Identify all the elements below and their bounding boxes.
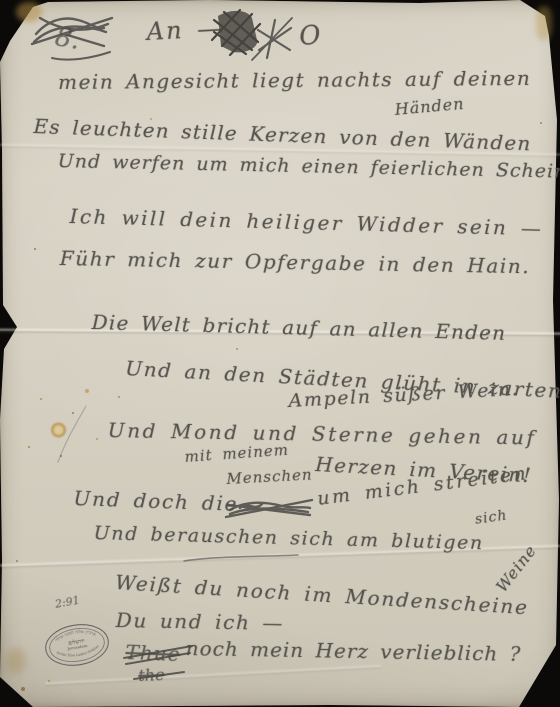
header-crossed-numeral: 8. <box>53 22 83 56</box>
crossed-word-thue: Thue <box>125 640 181 666</box>
foxing-specks <box>0 0 2 2</box>
archive-stamp: ארכיון אלזה לסקר-שילר ירושלים Jerusalem … <box>38 613 116 677</box>
manuscript-scan: 8.An —Omein Angesicht liegt nachts auf d… <box>0 0 560 707</box>
header-an: An — <box>146 14 224 46</box>
poem-line-1: mein Angesicht liegt nachts auf deinen <box>58 66 531 94</box>
header-o: O <box>298 20 322 52</box>
poem-line-14: Du und ich — <box>116 608 285 635</box>
crossed-word-the: the <box>138 665 165 685</box>
